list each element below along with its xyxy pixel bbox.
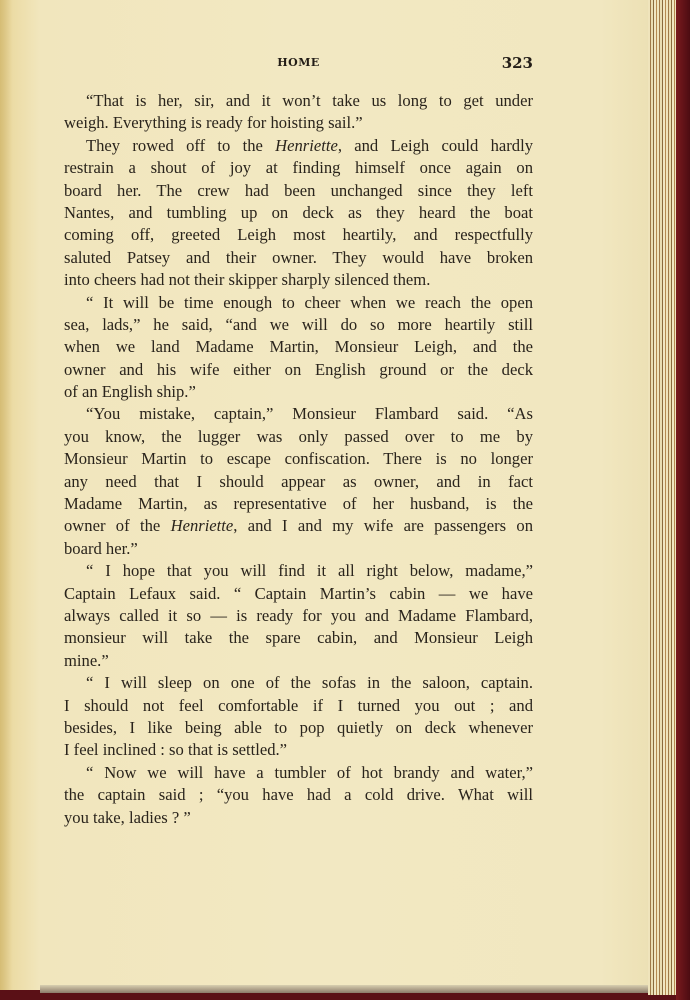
page-number: 323 [502,54,533,72]
paragraph: They rowed off to the Henriette, and Lei… [64,135,533,292]
text-line: the captain said ; “you have had a cold … [64,784,533,806]
ship-name: Henriette [171,516,234,535]
text-line: “ I hope that you will find it all right… [64,560,533,582]
text-line: “You mistake, captain,” Monsieur Flambar… [64,403,533,425]
text-line: of an English ship.” [64,381,533,403]
text-line: besides, I like being able to pop quietl… [64,717,533,739]
ship-name: Henriette [275,136,338,155]
paragraph: “You mistake, captain,” Monsieur Flambar… [64,403,533,560]
page-header: HOME 323 [64,54,533,72]
page-bottom-edge [40,985,652,993]
text-line: board her. The crew had been unchanged s… [64,180,533,202]
text-line: saluted Patsey and their owner. They wou… [64,247,533,269]
text-line: “ I will sleep on one of the sofas in th… [64,672,533,694]
running-head: HOME [64,56,533,69]
text-line: mine.” [64,650,533,672]
text-line: “ Now we will have a tumbler of hot bran… [64,762,533,784]
text-line: restrain a shout of joy at finding himse… [64,157,533,179]
text-line: you know, the lugger was only passed ove… [64,426,533,448]
paragraph: “That is her, sir, and it won’t take us … [64,90,533,135]
text-line: any need that I should appear as owner, … [64,471,533,493]
text-line: board her.” [64,538,533,560]
text-line: “That is her, sir, and it won’t take us … [64,90,533,112]
text-line: owner of the Henriette, and I and my wif… [64,515,533,537]
book-cover [676,0,690,1000]
paragraph: “ I will sleep on one of the sofas in th… [64,672,533,762]
text-line: monsieur will take the spare cabin, and … [64,627,533,649]
text-line: Captain Lefaux said. “ Captain Martin’s … [64,583,533,605]
book-page: HOME 323 “That is her, sir, and it won’t… [0,0,652,990]
text-line: when we land Madame Martin, Monsieur Lei… [64,336,533,358]
text-line: Madame Martin, as representative of her … [64,493,533,515]
text-line: Nantes, and tumbling up on deck as they … [64,202,533,224]
text-line: They rowed off to the Henriette, and Lei… [64,135,533,157]
text-line: sea, lads,” he said, “and we will do so … [64,314,533,336]
gutter-shadow [0,0,12,990]
body-text: “That is her, sir, and it won’t take us … [64,90,533,829]
paragraph: “ Now we will have a tumbler of hot bran… [64,762,533,829]
text-line: weigh. Everything is ready for hoisting … [64,112,533,134]
paragraph: “ It will be time enough to cheer when w… [64,292,533,404]
page-edges [648,0,676,995]
text-line: you take, ladies ? ” [64,807,533,829]
text-line: I should not feel comfortable if I turne… [64,695,533,717]
paragraph: “ I hope that you will find it all right… [64,560,533,672]
text-line: “ It will be time enough to cheer when w… [64,292,533,314]
text-line: coming off, greeted Leigh most heartily,… [64,224,533,246]
text-line: owner and his wife either on English gro… [64,359,533,381]
text-line: I feel inclined : so that is settled.” [64,739,533,761]
text-line: Monsieur Martin to escape confiscation. … [64,448,533,470]
text-line: always called it so — is ready for you a… [64,605,533,627]
text-line: into cheers had not their skipper sharpl… [64,269,533,291]
